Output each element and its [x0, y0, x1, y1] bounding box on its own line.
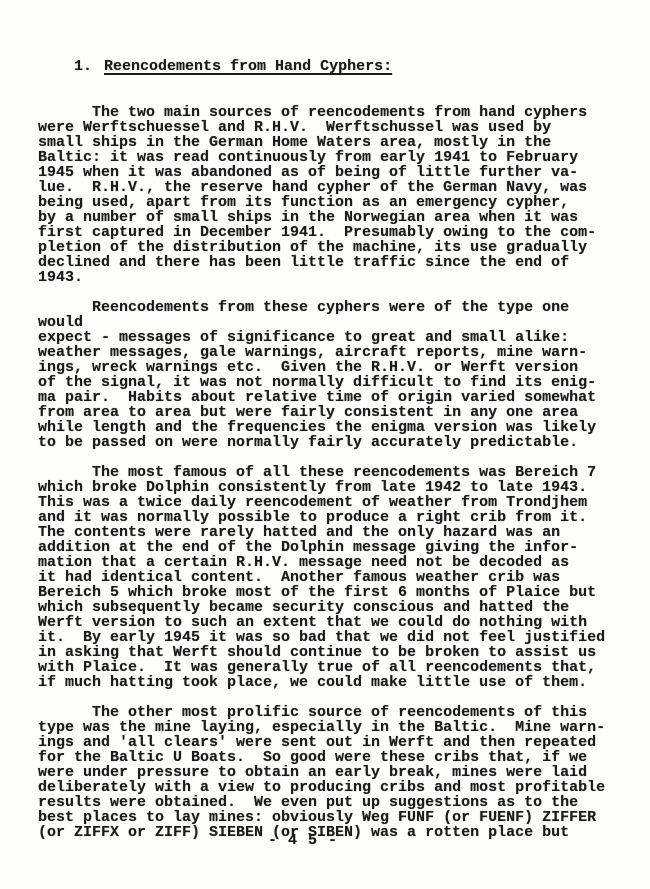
paragraph-bereich-cribs: The most famous of all these reencodemen… — [38, 465, 620, 690]
paragraph-reencodement-types: Reencodements from these cyphers were of… — [38, 300, 620, 450]
document-page: 1.Reencodements from Hand Cyphers: The t… — [0, 0, 650, 889]
section-heading: 1.Reencodements from Hand Cyphers: — [38, 44, 620, 89]
page-number: - 4 5 - — [268, 833, 338, 848]
paragraph-mine-laying: The other most prolific source of reenco… — [38, 705, 620, 840]
section-title: Reencodements from Hand Cyphers: — [104, 59, 392, 74]
section-number: 1. — [74, 59, 92, 74]
paragraph-hand-cypher-sources: The two main sources of reencodements fr… — [38, 105, 620, 285]
